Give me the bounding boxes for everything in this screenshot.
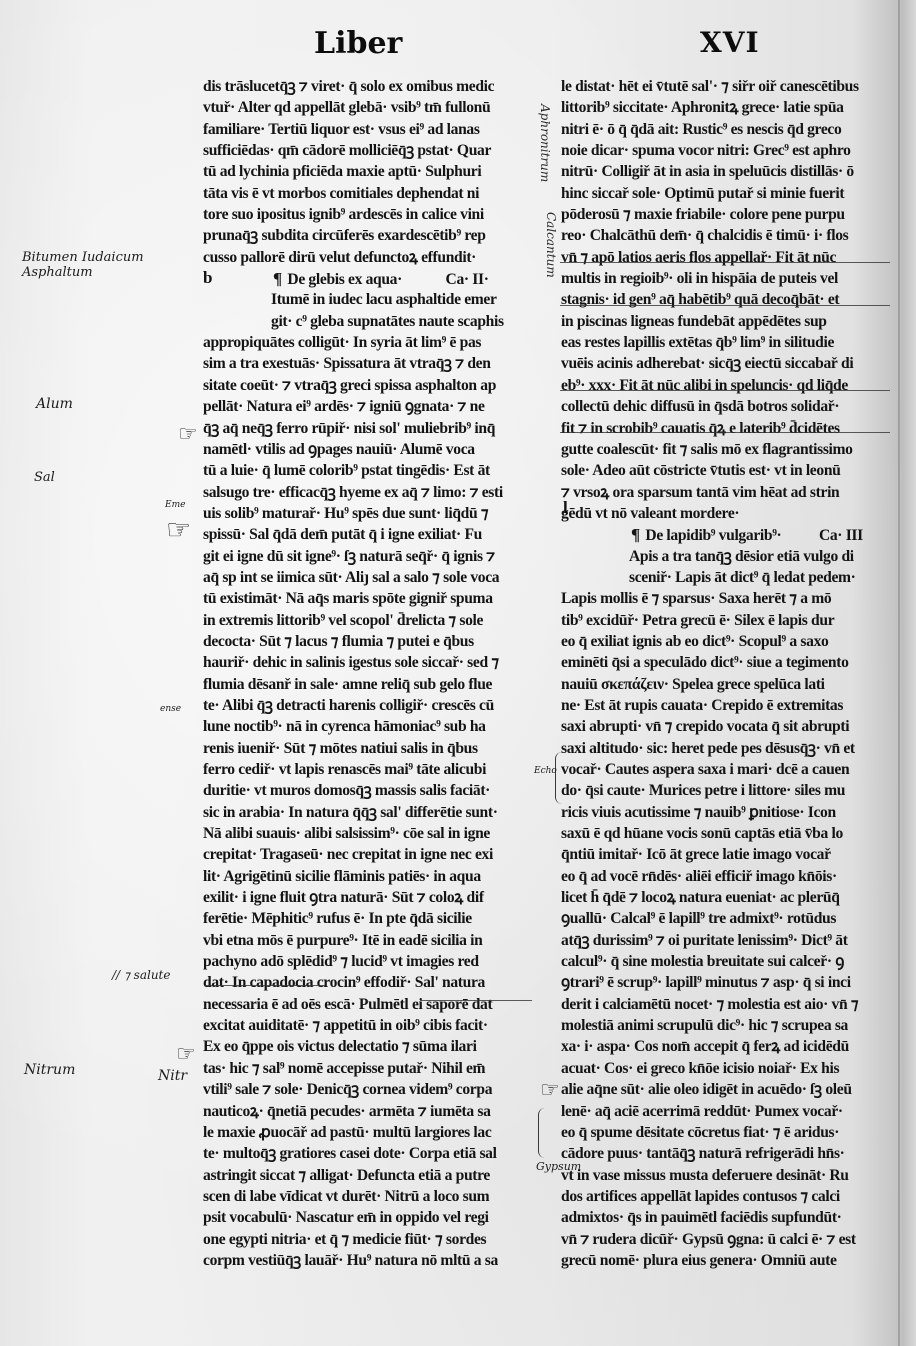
running-head-left: Liber: [314, 26, 402, 61]
chapter-text-line: nauiū σκεπάζειν· Spelea grece spelūca la…: [561, 674, 887, 695]
chapter-text-line: excitat auiditatē· ⁊ appetitū in oib⁹ ci…: [203, 1015, 531, 1036]
chapter-text-line: le maxie ꝓuocāř ad pastū· multū largiore…: [203, 1122, 531, 1143]
marginal-note-ense: ense: [160, 704, 181, 714]
reader-underline: [205, 985, 325, 986]
chapter-text-line: lune noctib⁹· nā in cyrenca hāmoniac⁹ su…: [203, 716, 531, 737]
text-line: in piscinas ligneas fundebāt appēdētes s…: [561, 311, 887, 332]
marginal-bracket: [538, 1108, 545, 1158]
chapter-text-line: Nā alibi suauis· alibi salsissim⁹· cōe s…: [203, 823, 531, 844]
chapter-text-line: vbi etna mōs ē purpure⁹· Itē in eadē sic…: [203, 930, 531, 951]
pilcrow-mark: ¶: [631, 525, 640, 544]
pilcrow-mark: ¶: [273, 269, 282, 288]
facing-page-edge: [902, 0, 916, 1346]
chapter-text-line: do· q̄si caute· Murices petre i littore·…: [561, 780, 887, 801]
chapter-text-line: dos artifices appellāt lapides contusos …: [561, 1186, 887, 1207]
chapter-text-line: tas· hic ⁊ sal⁹ nomē accepisse putař· Ni…: [203, 1058, 531, 1079]
manicule-icon: ☞: [166, 516, 191, 544]
chapter-text-line: Apis a tra tanq̄ꝫ dēsior etiā vulgo di: [561, 546, 887, 567]
marginal-note-gypsum: Gypsum: [536, 1160, 581, 1173]
manicule-icon: ☞: [540, 1080, 560, 1102]
text-line: multis in regioib⁹· oli in hispāia de pu…: [561, 268, 887, 289]
chapter-text-line: astringit siccat ⁊ alligat· Defuncta eti…: [203, 1165, 531, 1186]
chapter-text-line: tū existimāt· Nā aq̄s maris spōte gigniř…: [203, 588, 531, 609]
chapter-text-line: saxi abrupti· vn̄ ⁊ crepido vocata q̄ si…: [561, 716, 887, 737]
chapter-text-line: lit· Agrigētinū sicilie flāminis patiēs·…: [203, 866, 531, 887]
chapter-text-line: git ei igne dū sit igne⁹· ſꝫ naturā seq̄…: [203, 546, 531, 567]
reader-underline: [560, 432, 890, 433]
marginal-note-nitr: Nitr: [158, 1068, 187, 1084]
chapter-text-line: one egypti nitria· et q̄ ⁊ medicie fiūt·…: [203, 1229, 531, 1250]
chapter-text-line: psit vocabulū· Nascatur em̄ in oppido ve…: [203, 1207, 531, 1228]
chapter-text-line: eo q̄ exiliat ignis ab eo dict⁹· Scopul⁹…: [561, 631, 887, 652]
chapter-number: Ca· II·: [446, 271, 489, 288]
chapter-text-line: ferro cediř· vt lapis renascēs mai⁹ tāte…: [203, 759, 531, 780]
chapter-text-line: ricis viuis acutissime ⁊ nauib⁹ ꝑnitiose…: [561, 802, 887, 823]
reader-underline: [560, 390, 890, 391]
chapter-text-line: decocta· Sūt ⁊ lacus ⁊ flumia ⁊ putei e …: [203, 631, 531, 652]
manicule-icon: ☞: [176, 1044, 196, 1066]
text-line: vuēis acinis adherebat· sicq̄ꝫ eiectū si…: [561, 353, 887, 374]
reader-underline: [560, 305, 890, 306]
text-line: tū ad lychinia pficiēda maxie aptū· Sulp…: [203, 161, 531, 182]
manicule-icon: ☞: [178, 424, 198, 446]
right-column-opening-text: le distat· hēt ei v̄tutē sal'· ⁊ siřr oi…: [561, 76, 887, 524]
chapter-text-line: ꝯtrari⁹ ē scrup⁹· lapill⁹ minutus ⁊ asp·…: [561, 972, 887, 993]
marginal-bracket: [555, 752, 562, 804]
marginal-note-sal: Sal: [34, 470, 55, 485]
chapter-text-line: sic in arabia· In natura q̄q̄ꝫ sal' diff…: [203, 802, 531, 823]
chapter-text-line: acuat· Cos· ei greco kn̄ōe icisio noiař·…: [561, 1058, 887, 1079]
chapter-text-line: Lapis mollis ē ⁊ sparsus· Saxa herēt ⁊ a…: [561, 588, 887, 609]
text-line: fit ⁊ in scrobib⁹ cauatis q̄ꝝ e laterib⁹…: [561, 418, 887, 439]
chapter-text-line: in extremis littorib⁹ vel scopol' d̄reli…: [203, 610, 531, 631]
chapter-text-line: hauriř· dehic in salinis igestus sole si…: [203, 652, 531, 673]
chapter-text-line: spissū· Sal q̄dā dem̄ putāt q̄ i igne ex…: [203, 524, 531, 545]
marginal-note-nitrum: Nitrum: [24, 1062, 75, 1078]
chapter-text-line: flumia dēsanř in sale· amne reliq̄ sub g…: [203, 674, 531, 695]
chapter-text-line: appropiquātes colligūt· In syria āt lim⁹…: [203, 332, 531, 353]
marginal-note-alum: Alum: [36, 396, 73, 412]
folio-number: XVI: [700, 26, 760, 59]
text-line: sufficiēdas· qm̄ cādorē molliciēq̄ꝫ psta…: [203, 140, 531, 161]
text-line: eb⁹· xxx· Fit āt nūc alibi in speluncis·…: [561, 375, 887, 396]
chapter-text-line: cādore puus· tantāq̄ꝫ naturā refrigerādi…: [561, 1143, 887, 1164]
text-line: eas restes lapillis extētas q̄b⁹ lim⁹ in…: [561, 332, 887, 353]
chapter-text-line: corpm vestiūq̄ꝫ lauāř· Hu⁹ natura nō mlt…: [203, 1250, 531, 1271]
chapter-text-line: vtili⁹ sale ⁊ sole· Denicq̄ꝫ cornea vide…: [203, 1079, 531, 1100]
chapter-text-line: duritie· vt muros domosq̄ꝫ massis salis …: [203, 780, 531, 801]
right-text-column: le distat· hēt ei v̄tutē sal'· ⁊ siřr oi…: [561, 76, 887, 1271]
chapter-text-line: eminēti q̄si a speculādo dict⁹· siue a t…: [561, 652, 887, 673]
guide-letter-b: b: [203, 268, 212, 288]
chapter-text-line: ꝯuallū· Calcal⁹ ē lapill⁹ tre admixt⁹· r…: [561, 908, 887, 929]
chapter-text-line: Ex eo q̄ppe ois victus delectatio ⁊ sūma…: [203, 1036, 531, 1057]
chapter-text-line: uis solib⁹ maturař· Hu⁹ spēs due sunt· l…: [203, 503, 531, 524]
chapter-text-line: xa· i· aspa· Cos nom̄ accepit q̄ ferꝝ ad…: [561, 1036, 887, 1057]
text-line: nitrū· Colligiř āt in asia in speluūcis …: [561, 161, 887, 182]
text-line: tāta vis ē vt morbos comitiales dephenda…: [203, 183, 531, 204]
chapter-text-line: ferētie· Mēphitic⁹ rufus ē· In pte q̄dā …: [203, 908, 531, 929]
marginal-note-aphronitrum: Aphronitrum: [538, 104, 552, 182]
text-line: dis trāslucetq̄ꝫ ⁊ viret· q̄ solo ex omi…: [203, 76, 531, 97]
text-line: collectū dehic diffusū in q̄sdā botros s…: [561, 396, 887, 417]
text-line: stagnis· id gen⁹ aq̄ habētib⁹ quā decoq̄…: [561, 289, 887, 310]
chapter-text-line: lenē· aq̄ aciē acerrimā reddūt· Pumex vo…: [561, 1101, 887, 1122]
chapter-text-line: vocař· Cautes aspera saxa i mari· dcē a …: [561, 759, 887, 780]
chapter-text-line: sim a tra exestuās· Spissatura āt vtraq̄…: [203, 353, 531, 374]
text-line: cusso pallorē dirū velut defunctoꝝ effun…: [203, 247, 531, 268]
chapter-text-line: atq̄ꝫ durissim⁹ ⁊ oi puritate lenissim⁹·…: [561, 930, 887, 951]
left-column-chapter-text: Itumē in iudec lacu asphaltide emergit· …: [203, 289, 531, 1271]
reader-underline: [560, 262, 890, 263]
guide-letter-l: l: [563, 498, 568, 518]
text-line: prunaq̄ꝫ subdita circūferēs exardescētib…: [203, 225, 531, 246]
chapter-text-line: q̄ꝫ aq̄ neq̄ꝫ ferro rūpiř· nisi sol' mul…: [203, 418, 531, 439]
text-line: ⁊ vrsoꝝ ora sparsum tantā vim hēat ad st…: [561, 482, 887, 503]
chapter-text-line: derit i calciamētū nocet· ⁊ molestia est…: [561, 994, 887, 1015]
chapter-text-line: sitate coeūt· ⁊ vtraq̄ꝫ greci spissa asp…: [203, 375, 531, 396]
chapter-heading-de-lapidibus: ¶ De lapidib⁹ vulgarib⁹· Ca· III: [561, 524, 887, 545]
chapter-heading-de-glebis: ¶ De glebis ex aqua· Ca· II·: [203, 268, 531, 289]
chapter-text-line: calcul⁹· q̄ sine molestia breuitate sui …: [561, 951, 887, 972]
chapter-text-line: grecū nomē· plura eius genera· Omniū aut…: [561, 1250, 887, 1271]
chapter-title: De lapidib⁹ vulgarib⁹·: [645, 527, 781, 544]
chapter-text-line: exilit· i igne fluit ꝯtra naturā· Sūt ⁊ …: [203, 887, 531, 908]
chapter-text-line: crepitat· Tragaseū· nec crepitat in igne…: [203, 844, 531, 865]
chapter-text-line: pellāt· Natura ei⁹ ardēs· ⁊ igniū ꝯgnata…: [203, 396, 531, 417]
chapter-text-line: licet h̄ q̄dē ⁊ locoꝝ natura eueniat· ac…: [561, 887, 887, 908]
chapter-text-line: te· Alibi q̄ꝫ detracti harenis colligiř·…: [203, 695, 531, 716]
left-text-column: dis trāslucetq̄ꝫ ⁊ viret· q̄ solo ex omi…: [203, 76, 531, 1271]
text-line: tore suo ipositus ignib⁹ ardescēs in cal…: [203, 204, 531, 225]
chapter-text-line: scen di labe vīdicat vt durēt· Nitrū a l…: [203, 1186, 531, 1207]
text-line: gēdū vt nō valeant mordere·: [561, 503, 887, 524]
marginal-note-echo: Echo: [534, 766, 557, 776]
chapter-text-line: git· c⁹ gleba supnatātes naute scaphis: [203, 311, 531, 332]
chapter-title: De glebis ex aqua·: [287, 271, 402, 288]
chapter-text-line: aq̄ sp int se iimica sūt· Aliȷ sal a sal…: [203, 567, 531, 588]
chapter-text-line: tū a luie· q̄ lumē colorib⁹ pstat tingēd…: [203, 460, 531, 481]
left-column-opening-text: dis trāslucetq̄ꝫ ⁊ viret· q̄ solo ex omi…: [203, 76, 531, 268]
page-edge: [898, 0, 900, 1346]
marginal-note-eme: Eme: [165, 500, 185, 510]
chapter-text-line: saxū ē qd hūane vocis sonū captās etiā v…: [561, 823, 887, 844]
chapter-text-line: te· multoq̄ꝫ gratiores casei dote· Corpa…: [203, 1143, 531, 1164]
chapter-text-line: sceniř· Lapis āt dict⁹ q̄ ledat pedem·: [561, 567, 887, 588]
chapter-text-line: necessaria ē ad oēs escā· Pulmētl ei sap…: [203, 994, 531, 1015]
text-line: vtuř· Alter qd appellāt glebā· vsib⁹ tm̄…: [203, 97, 531, 118]
chapter-text-line: dat· In capadocia crocin⁹ effodiř· Sal' …: [203, 972, 531, 993]
chapter-text-line: renis iueniř· Sūt ⁊ mōtes natiui salis i…: [203, 738, 531, 759]
chapter-text-line: namētl· vtilis ad ꝯpages nauiū· Alumē vo…: [203, 439, 531, 460]
chapter-text-line: salsugo tre· efficacq̄ꝫ hyeme ex aq̄ ⁊ l…: [203, 482, 531, 503]
text-line: familiare· Tertiū liquor est· vsus ei⁹ a…: [203, 119, 531, 140]
marginal-note-salute: // ⁊ salute: [112, 968, 170, 982]
text-line: pōderosū ⁊ maxie friabile· colore pene p…: [561, 204, 887, 225]
chapter-text-line: admixtos· q̄s in pauimētl faciēdis supfu…: [561, 1207, 887, 1228]
chapter-text-line: molestiā animi scrupulū dic⁹· hic ⁊ scru…: [561, 1015, 887, 1036]
chapter-text-line: q̄ntiū imitař· Icō āt grece latie imago …: [561, 844, 887, 865]
chapter-text-line: vn̄ ⁊ rudera dicūř· Gypsū ꝯgna: ū calci …: [561, 1229, 887, 1250]
text-line: vn̄ ⁊ apō latios aeris flos appellař· Fi…: [561, 247, 887, 268]
chapter-text-line: nauticoꝝ· q̄netiā pecudes· armēta ⁊ iumē…: [203, 1101, 531, 1122]
text-line: noie dicar· spuma vocor nitri: Grec⁹ est…: [561, 140, 887, 161]
chapter-text-line: vt in vase missus musta deferuere desinā…: [561, 1165, 887, 1186]
chapter-text-line: pachyno adō splēdid⁹ ⁊ lucid⁹ vt imagies…: [203, 951, 531, 972]
marginal-note-chalcanthum: Calcantum: [544, 212, 558, 278]
text-line: reo· Chalcāthū dem̄· q̄ chalcidis ē timū…: [561, 225, 887, 246]
right-column-chapter-text: Apis a tra tanq̄ꝫ dēsior etiā vulgo disc…: [561, 546, 887, 1272]
chapter-text-line: eo q̄ ad vocē rn̄dēs· aliēi efficiř imag…: [561, 866, 887, 887]
marginal-note-bitumen: Bitumen Iudaicum Asphaltum: [22, 250, 144, 280]
chapter-text-line: eo q̄ spume dēsitate cōcretus fiat· ⁊ ē …: [561, 1122, 887, 1143]
text-line: hinc siccař sole· Optimū putař si minie …: [561, 183, 887, 204]
chapter-number: Ca· III: [819, 527, 863, 544]
chapter-text-line: Itumē in iudec lacu asphaltide emer: [203, 289, 531, 310]
chapter-text-line: ne· Est āt rupis cauata· Crepido ē extre…: [561, 695, 887, 716]
text-line: nitri ē· ō q̄ q̄dā ait: Rustic⁹ es nesci…: [561, 119, 887, 140]
reader-underline: [420, 1000, 532, 1001]
chapter-text-line: saxi altitudo· sic: heret pede pes dēsus…: [561, 738, 887, 759]
chapter-text-line: alie aq̄ne sūt· alie oleo idigēt in acuē…: [561, 1079, 887, 1100]
text-line: sole· Adeo aūt cōstricte v̄tutis est· vt…: [561, 460, 887, 481]
chapter-text-line: tib⁹ excidūř· Petra grecū ē· Silex ē lap…: [561, 610, 887, 631]
text-line: littorib⁹ siccitate· Aphronitꝝ grece· la…: [561, 97, 887, 118]
text-line: gutte coalescūt· fit ⁊ salis mō ex flagr…: [561, 439, 887, 460]
text-line: le distat· hēt ei v̄tutē sal'· ⁊ siřr oi…: [561, 76, 887, 97]
